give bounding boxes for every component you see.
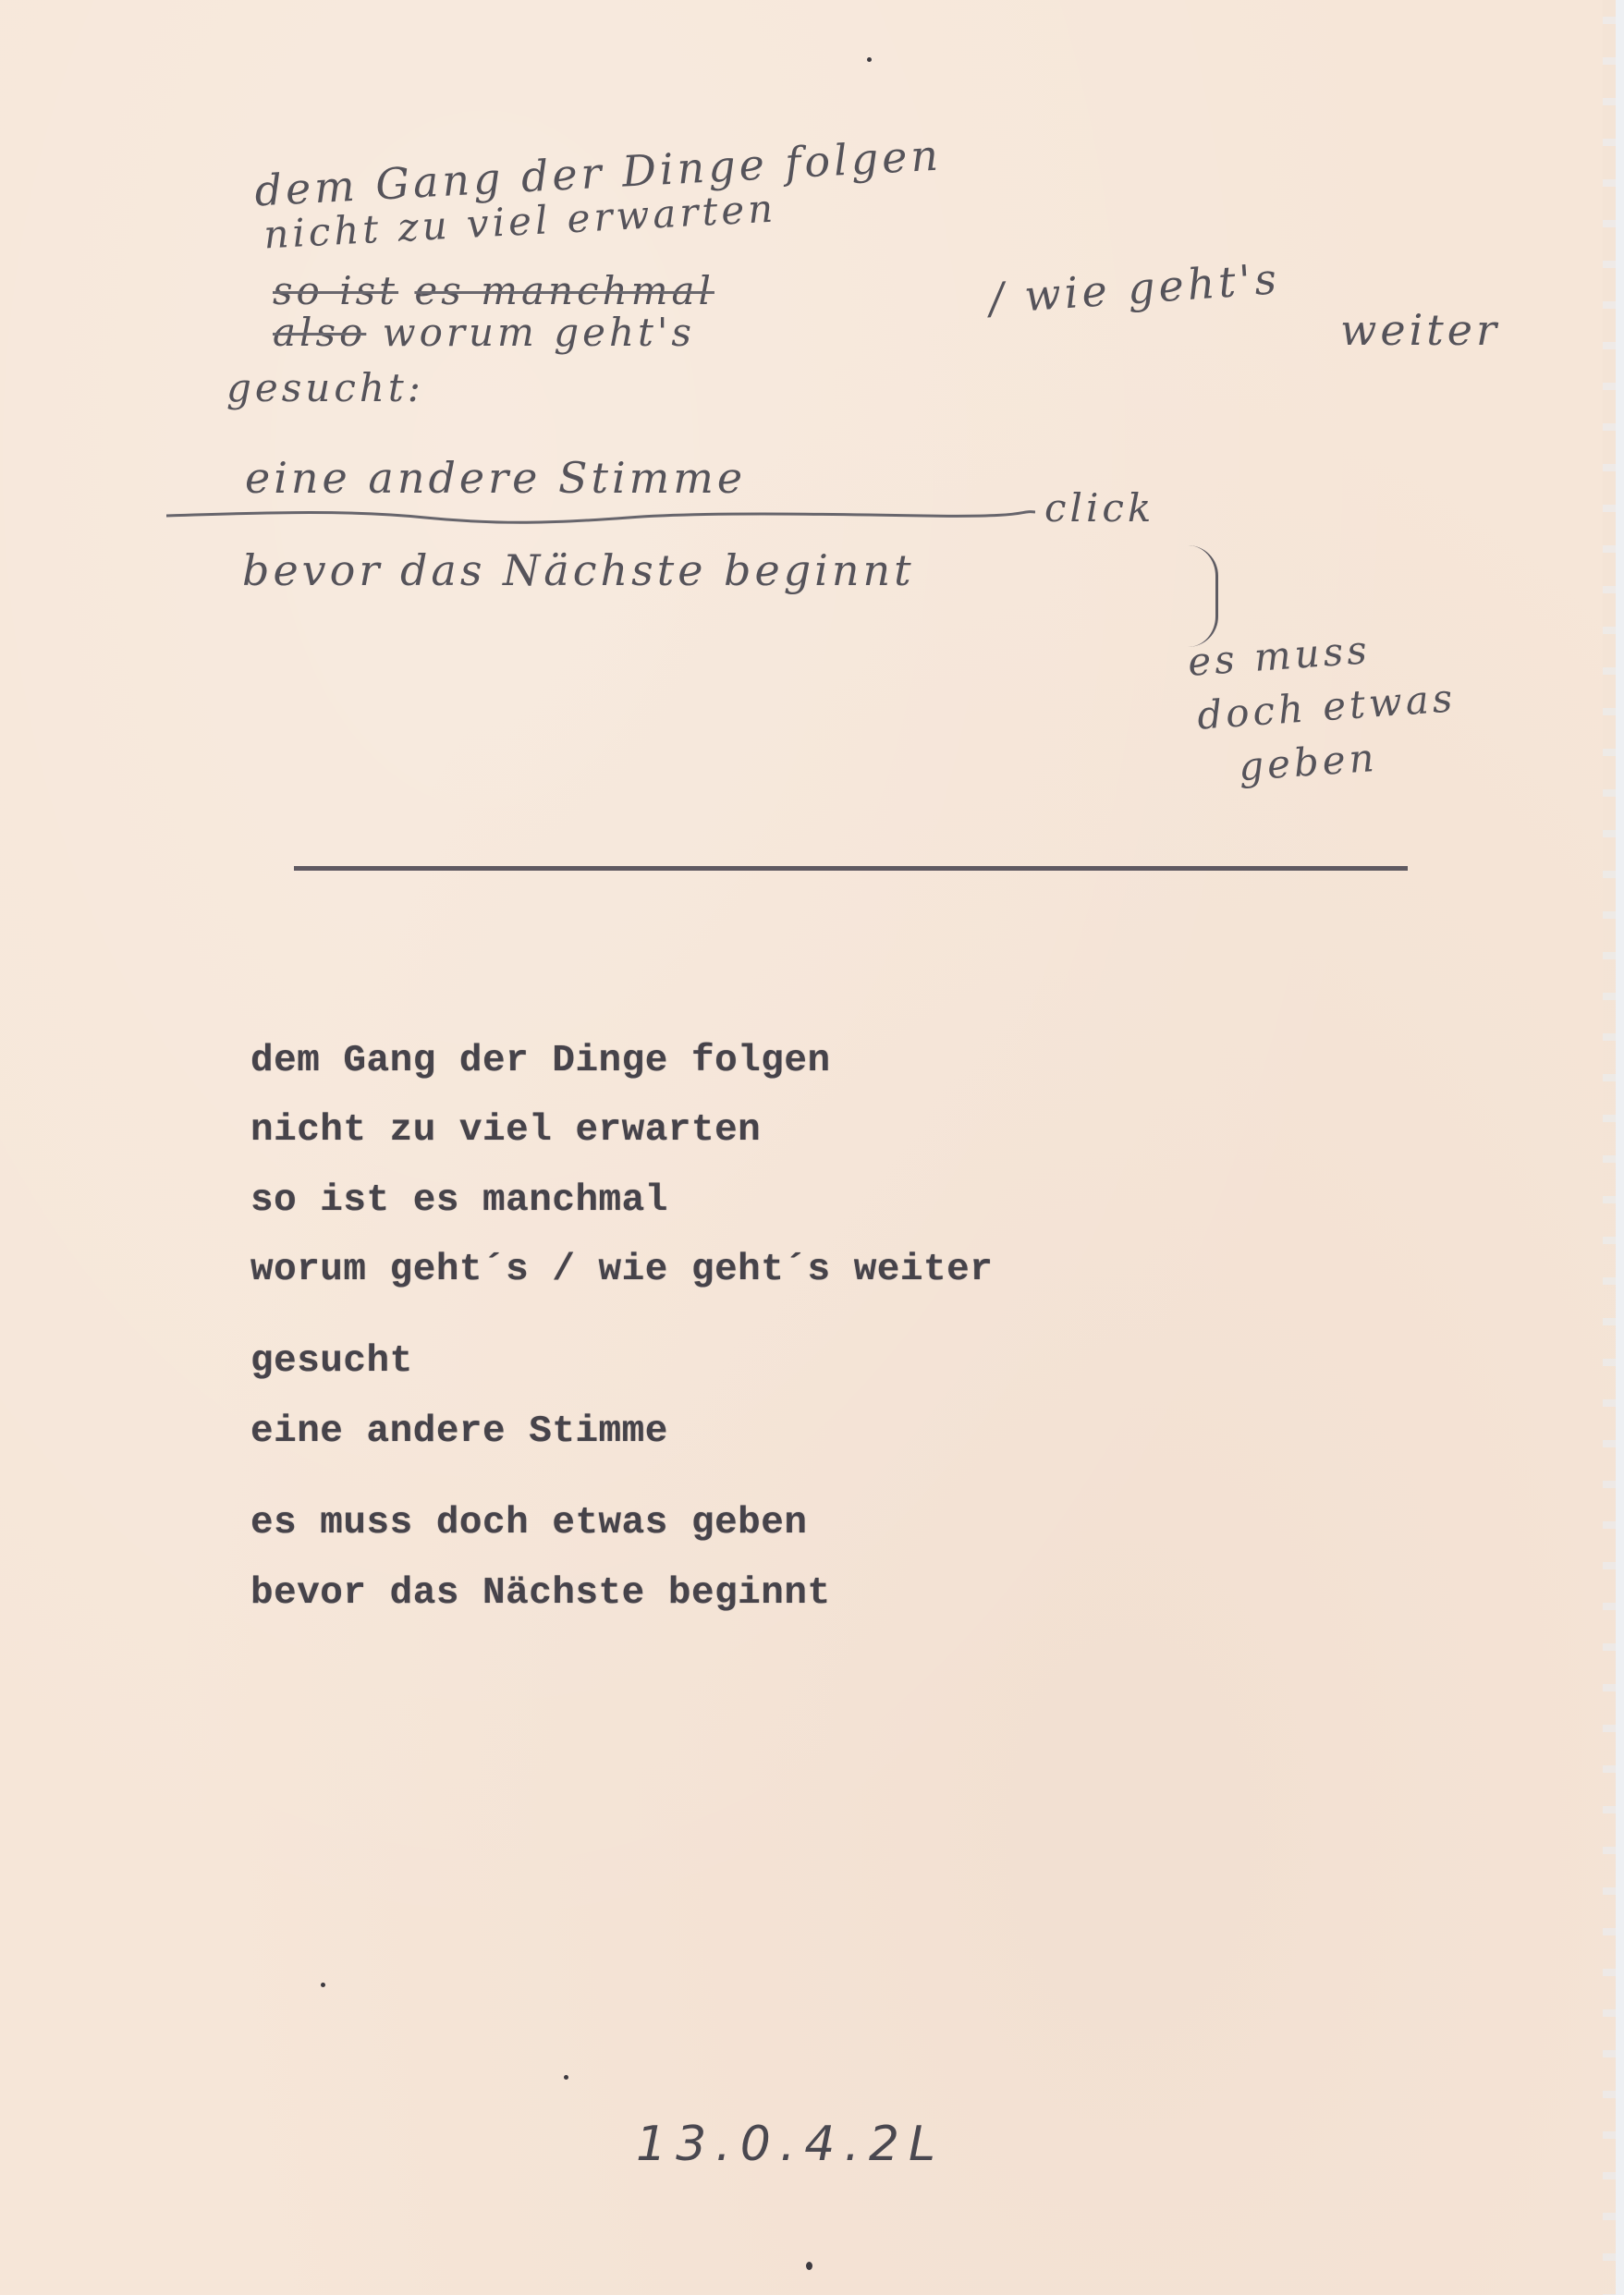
struck-text: also <box>273 310 366 355</box>
typed-line: nicht zu viel erwarten <box>250 1109 761 1152</box>
handwritten-line-6: eine andere Stimme <box>245 453 746 503</box>
torn-paper-edge <box>1603 0 1616 2295</box>
struck-text: so ist <box>273 268 398 313</box>
closing-bracket <box>1188 545 1218 647</box>
ink-speck <box>867 57 872 62</box>
page-number: 13.0.4.2L <box>636 2117 945 2172</box>
underline-stroke <box>166 507 1035 525</box>
ink-speck <box>321 1983 325 1987</box>
handwritten-slash-note-cont: weiter <box>1340 305 1500 355</box>
typed-line: worum geht´s / wie geht´s weiter <box>250 1249 993 1291</box>
typed-line: bevor das Nächste beginnt <box>250 1572 831 1615</box>
ink-speck <box>806 2262 812 2270</box>
handwritten-line-4-rest: worum geht's <box>383 310 695 355</box>
margin-note-3: geben <box>1237 735 1379 789</box>
separator-rule <box>294 866 1408 871</box>
typed-line: es muss doch etwas geben <box>250 1502 808 1544</box>
handwritten-line-4: also worum geht's <box>273 310 695 355</box>
manuscript-page: dem Gang der Dinge folgen nicht zu viel … <box>0 0 1616 2295</box>
ink-speck <box>564 2075 568 2080</box>
typed-line: gesucht <box>250 1340 413 1383</box>
handwritten-line-5: gesucht: <box>226 365 424 410</box>
handwritten-line-3: so ist es manchmal <box>273 268 714 313</box>
typed-line: dem Gang der Dinge folgen <box>250 1040 831 1082</box>
handwritten-slash-note: / wie geht's <box>988 253 1282 323</box>
margin-note-1: es muss <box>1187 627 1373 685</box>
handwritten-aside: click <box>1044 485 1154 531</box>
margin-note-2: doch etwas <box>1196 675 1458 738</box>
handwritten-line-7: bevor das Nächste beginnt <box>242 545 915 595</box>
typed-line: so ist es manchmal <box>250 1179 668 1222</box>
typed-line: eine andere Stimme <box>250 1410 668 1453</box>
handwritten-line-3-rest: es manchmal <box>414 268 714 313</box>
